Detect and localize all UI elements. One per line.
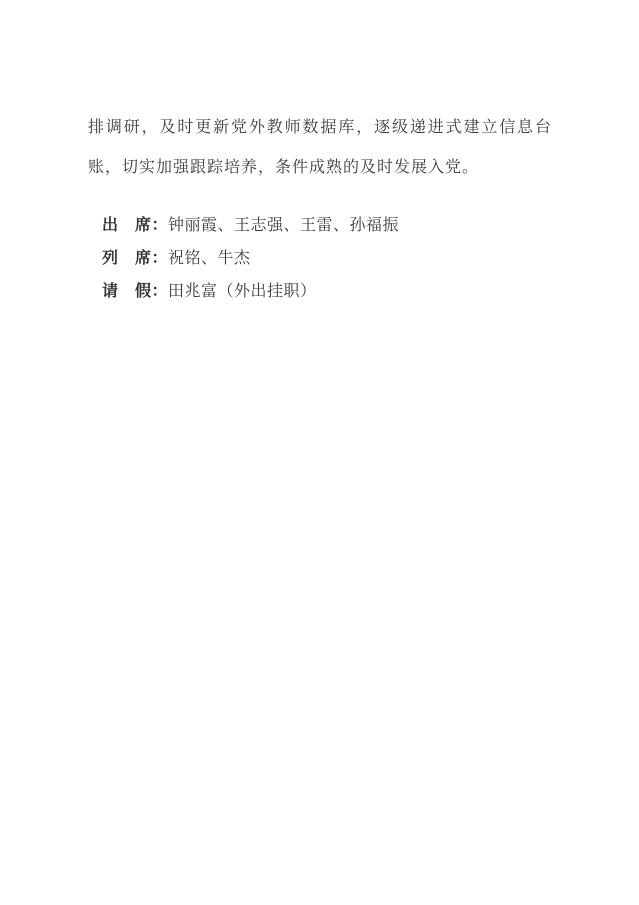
on-leave-label: 请 假： [102, 283, 168, 300]
document-page: 排调研，及时更新党外教师数据库，逐级递进式建立信息台账，切实加强跟踪培养，条件成… [0, 0, 639, 905]
on-leave-names: 田兆富（外出挂职） [168, 283, 317, 300]
roster-row-observers: 列 席：祝铭、牛杰 [102, 242, 399, 275]
observers-label: 列 席： [102, 250, 168, 267]
attendees-label: 出 席： [102, 217, 168, 234]
roster-block: 出 席：钟丽霞、王志强、王雷、孙福振 列 席：祝铭、牛杰 请 假：田兆富（外出挂… [102, 209, 399, 308]
roster-row-on-leave: 请 假：田兆富（外出挂职） [102, 275, 399, 308]
attendees-names: 钟丽霞、王志强、王雷、孙福振 [168, 217, 399, 234]
observers-names: 祝铭、牛杰 [168, 250, 251, 267]
body-paragraph: 排调研，及时更新党外教师数据库，逐级递进式建立信息台账，切实加强跟踪培养，条件成… [88, 108, 552, 188]
roster-row-attendees: 出 席：钟丽霞、王志强、王雷、孙福振 [102, 209, 399, 242]
